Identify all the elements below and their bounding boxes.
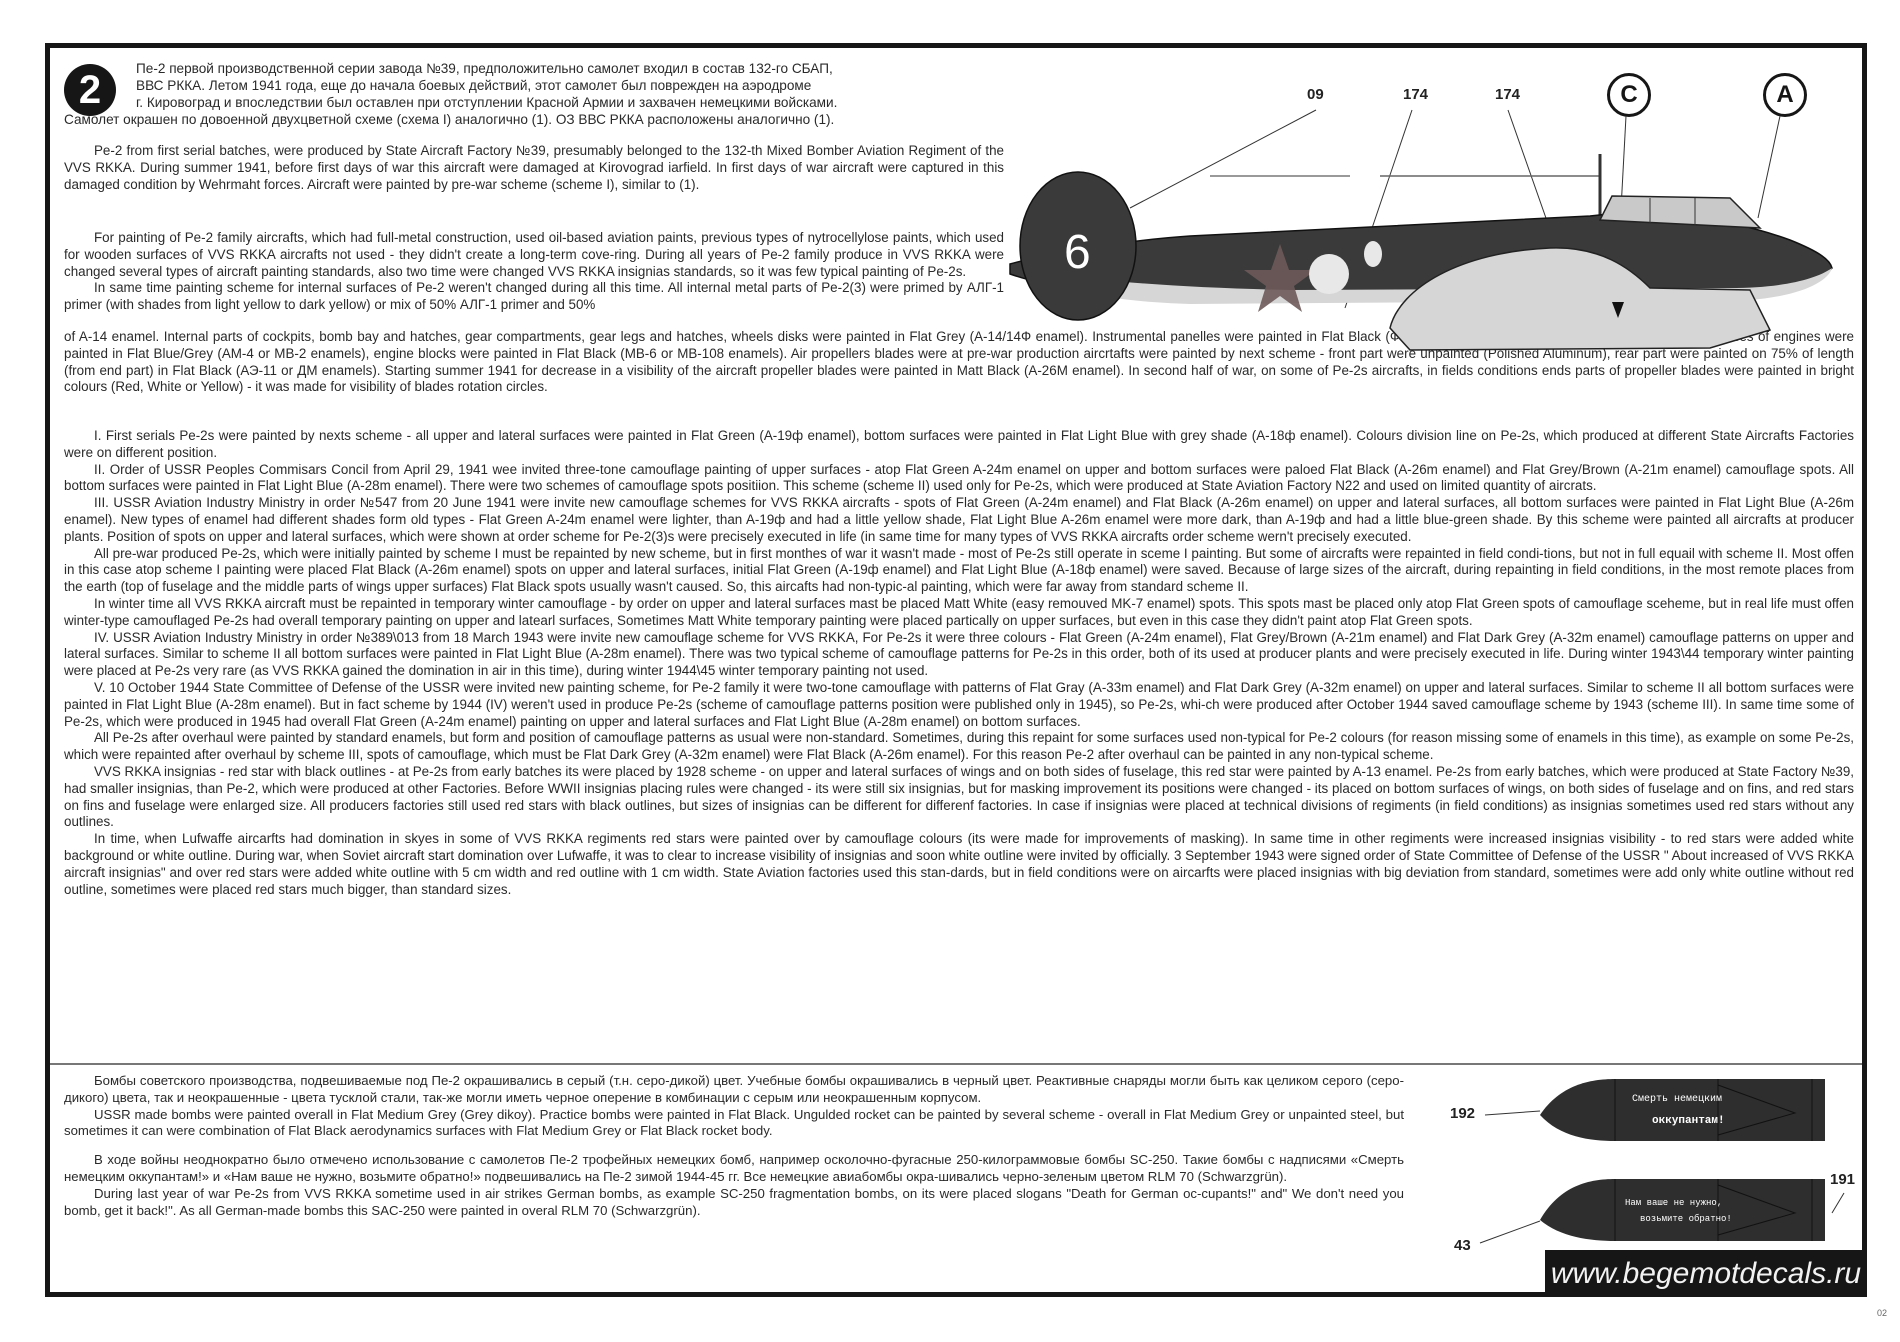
sc250-bomb-icon: Смерть немецким оккупантам! Нам ваше не … — [1440, 1073, 1870, 1273]
section-divider — [50, 1063, 1862, 1065]
aircraft-profile: 09 174 174 C A 6 — [990, 68, 1870, 368]
svg-text:оккупантам!: оккупантам! — [1652, 1115, 1725, 1127]
intro-ru-line: г. Кировоград и впоследствии был оставле… — [64, 94, 1024, 111]
paragraph: USSR made bombs were painted overall in … — [64, 1107, 1404, 1141]
svg-text:6: 6 — [1064, 226, 1091, 279]
paragraph: В ходе войны неоднократно было отмечено … — [64, 1152, 1404, 1186]
page-number: 02 — [1877, 1308, 1887, 1318]
intro-ru-line: ВВС РККА. Летом 1941 года, еще до начала… — [64, 77, 1024, 94]
page-frame: 2 Пе-2 первой производственной серии зав… — [45, 43, 1867, 1297]
paragraph: Бомбы советского производства, подвешива… — [64, 1073, 1404, 1107]
intro-ru-line: Самолет окрашен по довоенной двухцветной… — [64, 111, 1024, 128]
scheme-paragraph: In time, when Lufwaffe aircarfts had dom… — [64, 831, 1854, 898]
bombs-description: Бомбы советского производства, подвешива… — [64, 1073, 1404, 1219]
scheme-paragraph: All Pe-2s after overhaul were painted by… — [64, 730, 1854, 764]
svg-text:Нам ваше не нужно,: Нам ваше не нужно, — [1625, 1198, 1722, 1208]
paragraph: Pe-2 from first serial batches, were pro… — [64, 143, 1004, 193]
intro-english: Pe-2 from first serial batches, were pro… — [64, 143, 1004, 193]
scheme-paragraph: All pre-war produced Pe-2s, which were i… — [64, 546, 1854, 596]
scheme-paragraph: III. USSR Aviation Industry Ministry in … — [64, 495, 1854, 545]
website-banner[interactable]: www.begemotdecals.ru — [1545, 1250, 1867, 1297]
painting-schemes: I. First serials Pe-2s were painted by n… — [64, 428, 1854, 898]
scheme-paragraph: V. 10 October 1944 State Committee of De… — [64, 680, 1854, 730]
scheme-paragraph: In winter time all VVS RKKA aircraft mus… — [64, 596, 1854, 630]
paragraph: In same time painting scheme for interna… — [64, 280, 1004, 314]
scheme-paragraph: I. First serials Pe-2s were painted by n… — [64, 428, 1854, 462]
bombs-illustration: 192 191 43 Смерть немецким оккупантам! Н… — [1440, 1073, 1870, 1273]
intro-russian: Пе-2 первой производственной серии завод… — [64, 60, 1024, 128]
painting-general: For painting of Pe-2 family aircrafts, w… — [64, 230, 1004, 314]
svg-text:Смерть немецким: Смерть немецким — [1632, 1094, 1722, 1105]
scheme-paragraph: VVS RKKA insignias - red star with black… — [64, 764, 1854, 831]
intro-ru-line: Пе-2 первой производственной серии завод… — [64, 60, 1024, 77]
paragraph: During last year of war Pe-2s from VVS R… — [64, 1186, 1404, 1220]
scheme-paragraph: IV. USSR Aviation Industry Ministry in o… — [64, 630, 1854, 680]
svg-text:возьмите обратно!: возьмите обратно! — [1640, 1214, 1732, 1224]
pe2-aircraft-icon: 6 — [990, 68, 1870, 368]
paragraph: For painting of Pe-2 family aircrafts, w… — [64, 230, 1004, 280]
scheme-paragraph: II. Order of USSR Peoples Commisars Conc… — [64, 462, 1854, 496]
